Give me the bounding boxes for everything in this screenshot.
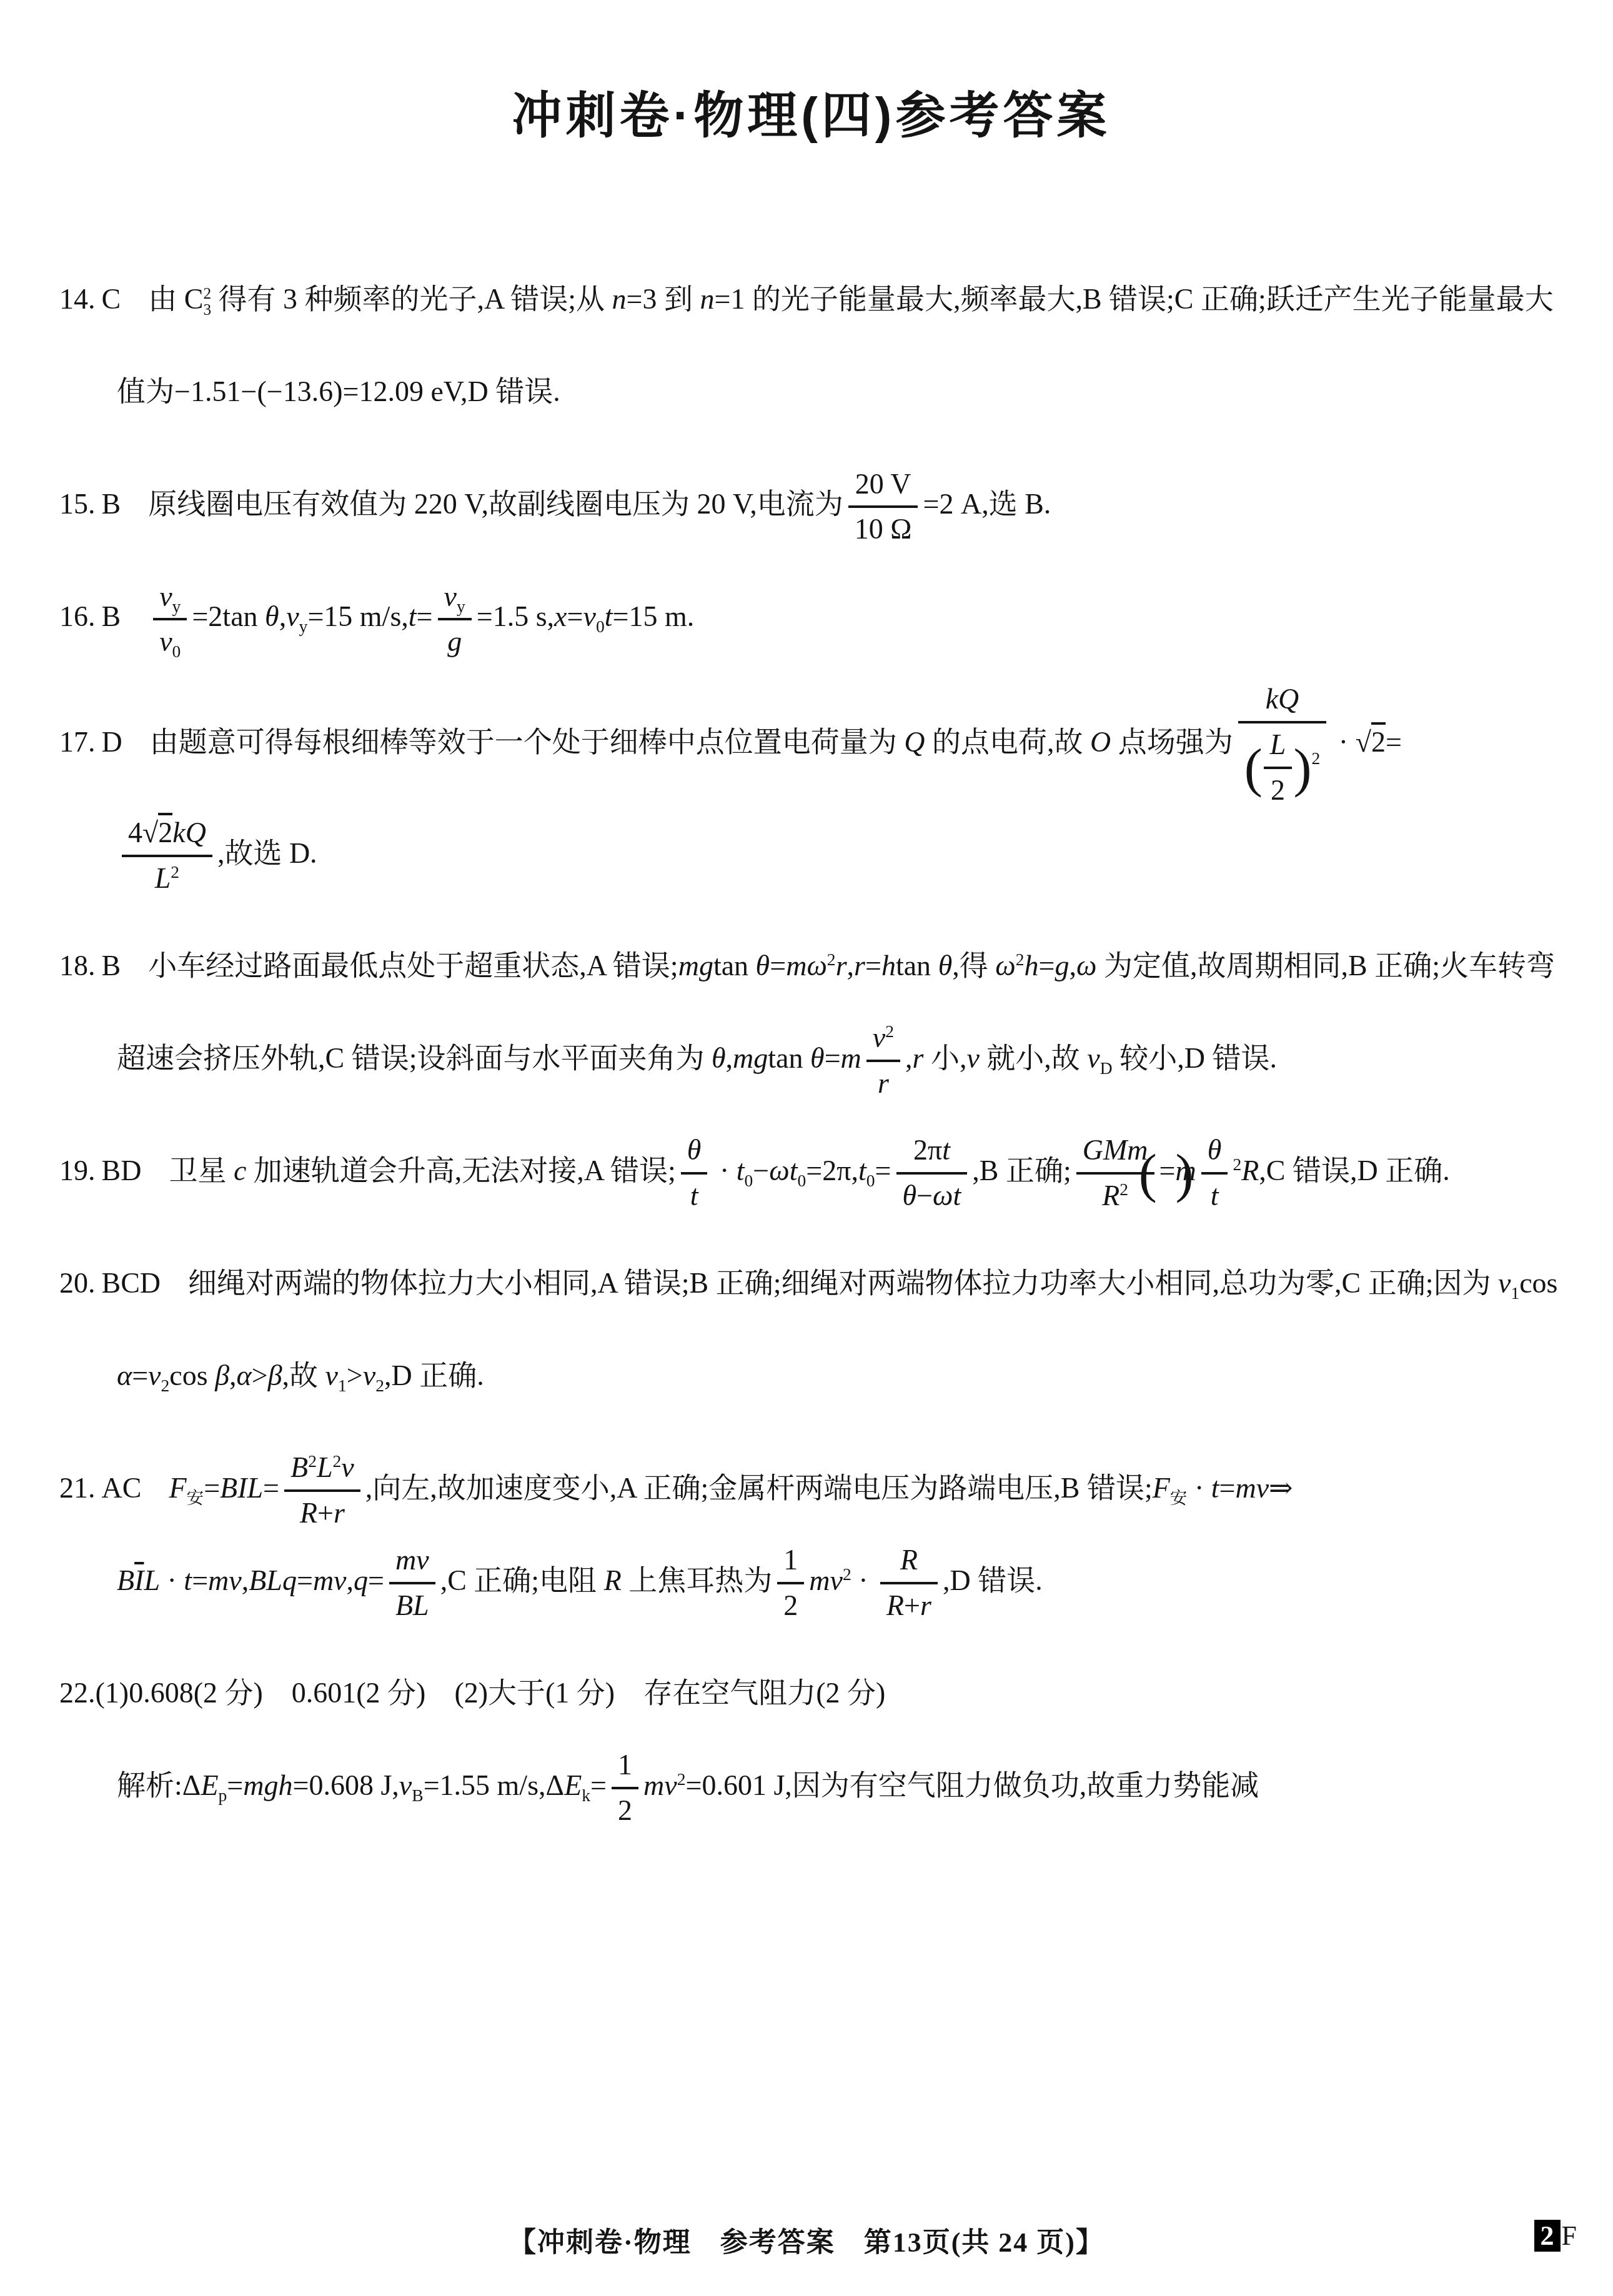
- answer-explanation: 卫星 c 加速轨道会升高,无法对接,A 错误;θt · t0−ωt0=2π,t0…: [169, 1155, 1449, 1186]
- answer-letter: BD: [102, 1155, 142, 1186]
- answer-letter: BCD: [102, 1267, 161, 1299]
- question-number: 21.: [59, 1472, 96, 1504]
- answer-explanation: vyv0=2tan θ,vy=15 m/s,t=vyg=1.5 s,x=v0t=…: [148, 600, 694, 632]
- answer-item: 15.B原线圈电压有效值为 220 V,故副线圈电压为 20 V,电流为20 V…: [59, 458, 1563, 550]
- answer-explanation: F安=BIL=B2L2vR+r,向左,故加速度变小,A 正确;金属杆两端电压为路…: [169, 1472, 1293, 1504]
- answer-explanation: 由 C23 得有 3 种频率的光子,A 错误;从 n=3 到 n=1 的光子能量…: [117, 283, 1554, 407]
- answer-list: 14.C由 C23 得有 3 种频率的光子,A 错误;从 n=3 到 n=1 的…: [59, 253, 1563, 1832]
- answer-line: 17.D由题意可得每根细棒等效于一个处于细棒中点位置电荷量为 Q 的点电荷,故 …: [59, 683, 1563, 807]
- answer-line: 14.C由 C23 得有 3 种频率的光子,A 错误;从 n=3 到 n=1 的…: [59, 253, 1563, 438]
- answer-letter: D: [102, 726, 122, 758]
- answer-line: 21.ACF安=BIL=B2L2vR+r,向左,故加速度变小,A 正确;金属杆两…: [59, 1442, 1563, 1534]
- answer-explanation: (1)0.608(2 分) 0.601(2 分) (2)大于(1 分) 存在空气…: [96, 1677, 886, 1709]
- footer-badge: 2: [1534, 2220, 1561, 2252]
- answer-item: 19.BD卫星 c 加速轨道会升高,无法对接,A 错误;θt · t0−ωt0=…: [59, 1125, 1563, 1217]
- answer-letter: B: [102, 950, 121, 982]
- answer-item: 16.Bvyv0=2tan θ,vy=15 m/s,t=vyg=1.5 s,x=…: [59, 570, 1563, 663]
- question-number: 15.: [59, 488, 96, 520]
- answer-letter: AC: [102, 1472, 142, 1504]
- answer-explanation-continued: BIL · t=mv,BLq=mv,q=mvBL,C 正确;电阻 R 上焦耳热为…: [59, 1534, 1563, 1627]
- footer-caption: 【冲刺卷·物理 参考答案 第13页(共 24 页)】: [0, 2220, 1613, 2260]
- answer-explanation: 原线圈电压有效值为 220 V,故副线圈电压为 20 V,电流为20 V10 Ω…: [148, 488, 1051, 520]
- question-number: 18.: [59, 950, 96, 982]
- answer-line: 19.BD卫星 c 加速轨道会升高,无法对接,A 错误;θt · t0−ωt0=…: [59, 1125, 1563, 1217]
- answer-item: 18.B小车经过路面最低点处于超重状态,A 错误;mgtan θ=mω2r,r=…: [59, 920, 1563, 1105]
- answer-item: 21.ACF安=BIL=B2L2vR+r,向左,故加速度变小,A 正确;金属杆两…: [59, 1442, 1563, 1627]
- question-number: 14.: [59, 283, 96, 315]
- question-number: 22.: [59, 1677, 96, 1709]
- answer-letter: C: [102, 283, 121, 315]
- question-number: 17.: [59, 726, 96, 758]
- footer-page-code: 2F: [1534, 2220, 1577, 2252]
- answer-line: 16.Bvyv0=2tan θ,vy=15 m/s,t=vyg=1.5 s,x=…: [59, 570, 1563, 663]
- answer-sheet-page: 冲刺卷·物理(四)参考答案 14.C由 C23 得有 3 种频率的光子,A 错误…: [0, 0, 1613, 1832]
- answer-explanation: 小车经过路面最低点处于超重状态,A 错误;mgtan θ=mω2r,r=htan…: [117, 950, 1555, 1074]
- question-number: 20.: [59, 1267, 96, 1299]
- answer-item: 17.D由题意可得每根细棒等效于一个处于细棒中点位置电荷量为 Q 的点电荷,故 …: [59, 683, 1563, 900]
- answer-explanation-continued: 4√2kQL2,故选 D.: [59, 807, 1563, 900]
- question-number: 19.: [59, 1155, 96, 1186]
- answer-item: 22.(1)0.608(2 分) 0.601(2 分) (2)大于(1 分) 存…: [59, 1647, 1563, 1832]
- answer-letter: B: [102, 600, 121, 632]
- answer-line: 22.(1)0.608(2 分) 0.601(2 分) (2)大于(1 分) 存…: [59, 1647, 1563, 1739]
- answer-line: 20.BCD细绳对两端的物体拉力大小相同,A 错误;B 正确;细绳对两端物体拉力…: [59, 1237, 1563, 1422]
- page-footer: 【冲刺卷·物理 参考答案 第13页(共 24 页)】 2F: [0, 2220, 1613, 2270]
- answer-line: 18.B小车经过路面最低点处于超重状态,A 错误;mgtan θ=mω2r,r=…: [59, 920, 1563, 1105]
- answer-line: 15.B原线圈电压有效值为 220 V,故副线圈电压为 20 V,电流为20 V…: [59, 458, 1563, 550]
- answer-item: 20.BCD细绳对两端的物体拉力大小相同,A 错误;B 正确;细绳对两端物体拉力…: [59, 1237, 1563, 1422]
- footer-badge-suffix: F: [1562, 2220, 1577, 2251]
- answer-item: 14.C由 C23 得有 3 种频率的光子,A 错误;从 n=3 到 n=1 的…: [59, 253, 1563, 438]
- answer-explanation: 细绳对两端的物体拉力大小相同,A 错误;B 正确;细绳对两端物体拉力功率大小相同…: [117, 1267, 1558, 1391]
- question-number: 16.: [59, 600, 96, 632]
- answer-explanation-continued: 解析:ΔEp=mgh=0.608 J,vB=1.55 m/s,ΔEk=12mv2…: [59, 1739, 1563, 1832]
- answer-letter: B: [102, 488, 121, 520]
- answer-explanation: 由题意可得每根细棒等效于一个处于细棒中点位置电荷量为 Q 的点电荷,故 O 点场…: [150, 726, 1402, 758]
- page-title: 冲刺卷·物理(四)参考答案: [59, 75, 1563, 147]
